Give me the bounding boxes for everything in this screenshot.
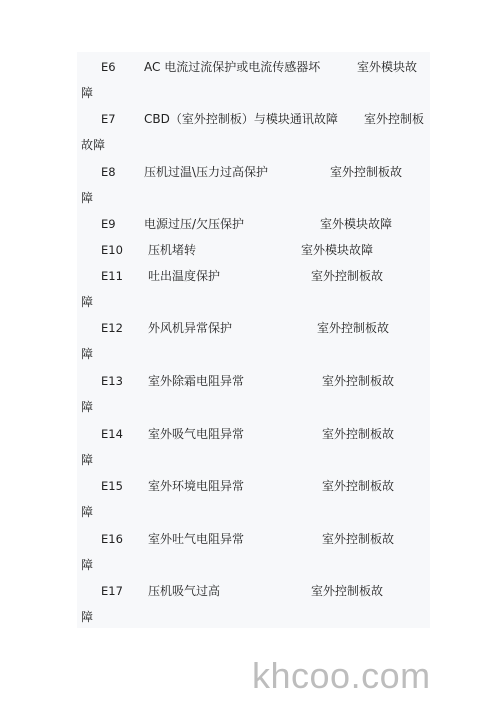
error-description: 室外吐气电阻异常: [148, 531, 244, 547]
error-description: 吐出温度保护: [148, 268, 220, 284]
error-description: 室外环境电阻异常: [148, 478, 244, 494]
fault-category-wrap: 障: [81, 557, 93, 573]
error-description: 压机堵转: [148, 242, 196, 258]
fault-category-wrap: 障: [81, 85, 93, 101]
error-code: E7: [101, 111, 116, 127]
watermark: khcoo.com: [252, 655, 431, 697]
fault-category-wrap: 障: [81, 452, 93, 468]
error-code: E12: [101, 320, 123, 336]
fault-category-wrap: 障: [81, 294, 93, 310]
fault-category: 室外控制板故: [322, 426, 394, 442]
error-code: E9: [101, 216, 116, 232]
error-code: E15: [101, 478, 123, 494]
error-code: E11: [101, 268, 123, 284]
fault-category: 室外控制板故: [311, 583, 383, 599]
error-description: 压机吸气过高: [148, 583, 220, 599]
error-code: E6: [101, 59, 116, 75]
error-code: E13: [101, 373, 123, 389]
fault-category: 室外模块故障: [320, 216, 392, 232]
fault-category: 室外控制板故: [322, 531, 394, 547]
error-code: E17: [101, 583, 123, 599]
error-description: 室外吸气电阻异常: [148, 426, 244, 442]
fault-category-wrap: 障: [81, 346, 93, 362]
error-description: 压机过温\压力过高保护: [144, 164, 268, 180]
fault-category-wrap: 障: [81, 190, 93, 206]
error-description: 外风机异常保护: [148, 320, 232, 336]
error-description: CBD（室外控制板）与模块通讯故障: [144, 111, 338, 127]
fault-category: 室外控制板故: [311, 268, 383, 284]
error-code: E14: [101, 426, 123, 442]
error-code: E16: [101, 531, 123, 547]
error-code: E8: [101, 164, 116, 180]
fault-category: 室外控制板故: [322, 478, 394, 494]
fault-category-wrap: 故障: [81, 137, 105, 153]
fault-category-wrap: 障: [81, 399, 93, 415]
fault-category: 室外控制板故: [322, 373, 394, 389]
error-description: 电源过压/欠压保护: [144, 216, 244, 232]
fault-category: 室外控制板故: [330, 164, 402, 180]
error-description: AC 电流过流保护或电流传感器坏: [144, 59, 320, 75]
fault-category: 室外控制板故: [317, 320, 389, 336]
fault-category-wrap: 障: [81, 609, 93, 625]
fault-category: 室外控制板: [364, 111, 424, 127]
fault-category: 室外模块故障: [301, 242, 373, 258]
fault-category-wrap: 障: [81, 504, 93, 520]
error-code: E10: [101, 242, 123, 258]
error-description: 室外除霜电阻异常: [148, 373, 244, 389]
fault-category: 室外模块故: [357, 59, 417, 75]
